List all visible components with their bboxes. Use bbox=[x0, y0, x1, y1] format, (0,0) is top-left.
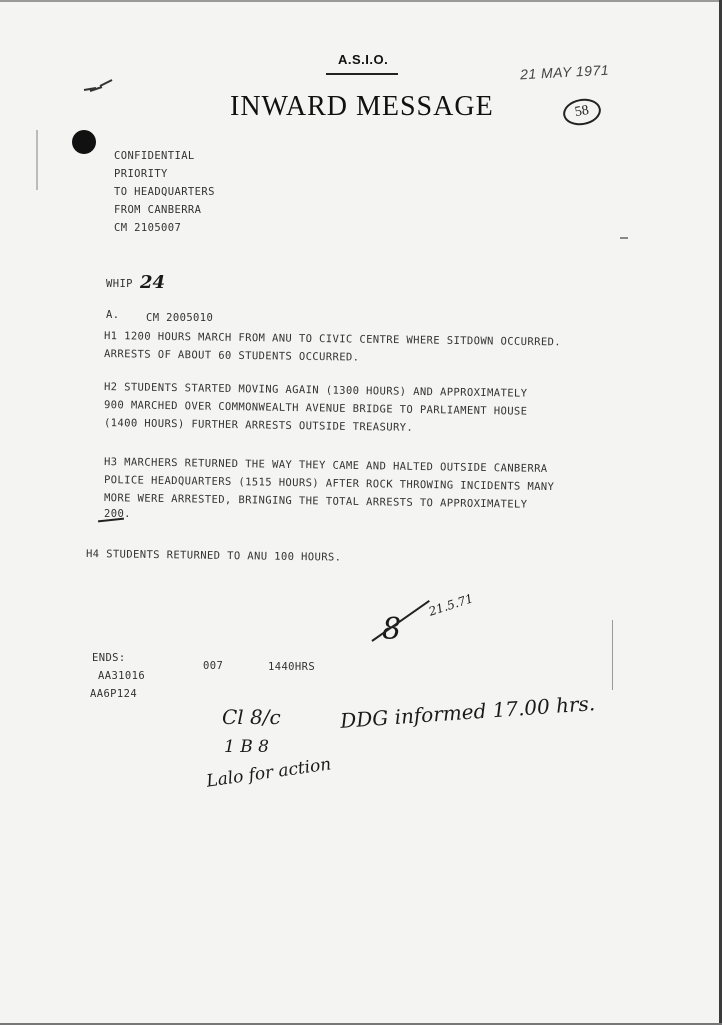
date-stamp: 21 MAY 1971 bbox=[520, 62, 610, 83]
agency-underline bbox=[326, 73, 398, 75]
document-title: INWARD MESSAGE bbox=[230, 91, 494, 123]
signature-block: Cl 8/c 1 B 8 Lalo for action bbox=[200, 705, 330, 815]
transmit-time: 1440HRS bbox=[268, 661, 315, 673]
from-line: FROM CANBERRA bbox=[114, 204, 201, 216]
margin-rule bbox=[612, 620, 613, 690]
precedence: PRIORITY bbox=[114, 168, 168, 180]
paragraph-line: POLICE HEADQUARTERS (1515 HOURS) AFTER R… bbox=[104, 474, 554, 493]
punch-hole-icon bbox=[72, 130, 96, 154]
to-line: TO HEADQUARTERS bbox=[114, 186, 215, 198]
message-ref-prefix: A. bbox=[106, 309, 119, 321]
paragraph-line: H2 STUDENTS STARTED MOVING AGAIN (1300 H… bbox=[104, 381, 528, 400]
agency-name: A.S.I.O. bbox=[338, 52, 388, 67]
code-1: AA31016 bbox=[98, 670, 145, 682]
folio-number: 58 bbox=[561, 96, 603, 128]
serial-number: 007 bbox=[203, 660, 223, 672]
classification: CONFIDENTIAL bbox=[114, 150, 195, 162]
paragraph-line: H3 MARCHERS RETURNED THE WAY THEY CAME A… bbox=[104, 456, 548, 475]
whip-number-handwritten: 24 bbox=[140, 272, 165, 293]
paragraph-line: MORE WERE ARRESTED, BRINGING THE TOTAL A… bbox=[104, 492, 528, 511]
handwritten-underline bbox=[98, 518, 124, 523]
paragraph-line: H1 1200 HOURS MARCH FROM ANU TO CIVIC CE… bbox=[104, 330, 561, 348]
reference-number: CM 2105007 bbox=[114, 222, 181, 234]
code-2: AA6P124 bbox=[90, 688, 137, 700]
paragraph-line: H4 STUDENTS RETURNED TO ANU 100 HOURS. bbox=[86, 548, 342, 564]
message-ref-number: CM 2005010 bbox=[146, 312, 213, 324]
margin-mark bbox=[620, 237, 628, 239]
signature-line: Cl 8/c bbox=[222, 705, 281, 729]
corner-scribble-icon bbox=[82, 78, 118, 92]
paragraph-line: 900 MARCHED OVER COMMONWEALTH AVENUE BRI… bbox=[104, 399, 528, 418]
signature-line: 1 B 8 bbox=[224, 737, 269, 757]
handwritten-date: 21.5.71 bbox=[427, 591, 475, 618]
paragraph-line: ARRESTS OF ABOUT 60 STUDENTS OCCURRED. bbox=[104, 348, 360, 364]
handwritten-annotation: DDG informed 17.00 hrs. bbox=[339, 691, 595, 733]
ends-label: ENDS: bbox=[92, 652, 126, 664]
scan-edge-top bbox=[0, 0, 722, 2]
margin-mark bbox=[36, 130, 38, 190]
paragraph-line: (1400 HOURS) FURTHER ARRESTS OUTSIDE TRE… bbox=[104, 417, 413, 434]
whip-label: WHIP bbox=[106, 278, 133, 290]
signature-line: Lalo for action bbox=[205, 754, 332, 791]
document-page: A.S.I.O. 21 MAY 1971 INWARD MESSAGE 58 C… bbox=[0, 0, 722, 1025]
